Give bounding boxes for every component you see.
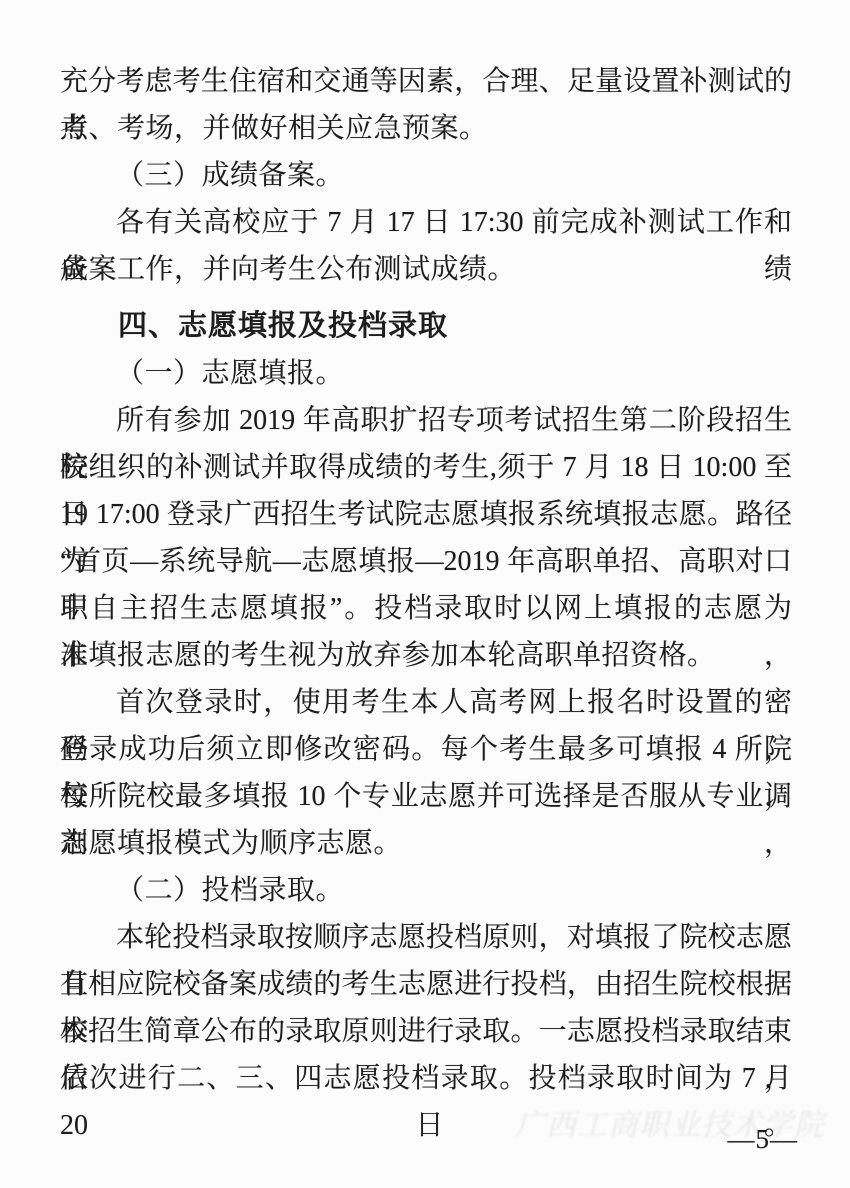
text-line: 日 17:00 登录广西招生考试院志愿填报系统填报志愿。路径为 (60, 491, 792, 538)
text-line: 职自主招生志愿填报”。投档录取时以网上填报的志愿为准， (60, 585, 792, 632)
text-line: “首页—系统导航—志愿填报—2019 年高职单招、高职对口中 (60, 538, 792, 585)
text-line: 所有参加 2019 年高职扩招专项考试招生第二阶段招生院 (60, 397, 792, 444)
page-number: —5— (728, 1124, 799, 1155)
text-line: 有相应院校备案成绩的考生志愿进行投档，由招生院校根据本 (60, 961, 792, 1008)
text-line: 充分考虑考生住宿和交通等因素，合理、足量设置补测试的考 (60, 58, 792, 105)
section-heading: 四、志愿填报及投档录取 (60, 303, 792, 350)
text-line: 依次进行二、三、四志愿投档录取。投档录取时间为 7 月 20 日。 (60, 1055, 792, 1102)
document-body: 充分考虑考生住宿和交通等因素，合理、足量设置补测试的考点、考场，并做好相关应急预… (60, 58, 792, 1102)
text-line: 每所院校最多填报 10 个专业志愿并可选择是否服从专业调剂， (60, 773, 792, 820)
document-page: 充分考虑考生住宿和交通等因素，合理、足量设置补测试的考点、考场，并做好相关应急预… (0, 0, 850, 1188)
text-line: 各有关高校应于 7 月 17 日 17:30 前完成补测试工作和成绩 (60, 199, 792, 246)
text-line: 未填报志愿的考生视为放弃参加本轮高职单招资格。 (60, 632, 792, 679)
text-line: 登录成功后须立即修改密码。每个考生最多可填报 4 所院校， (60, 726, 792, 773)
text-line: （一）志愿填报。 (60, 350, 792, 397)
text-line: 校招生简章公布的录取原则进行录取。一志愿投档录取结束后， (60, 1008, 792, 1055)
text-line: （三）成绩备案。 (60, 152, 792, 199)
text-line: 首次登录时，使用考生本人高考网上报名时设置的密码， (60, 679, 792, 726)
text-line: 校组织的补测试并取得成绩的考生,须于 7 月 18 日 10:00 至 19 (60, 444, 792, 491)
text-line: 本轮投档录取按顺序志愿投档原则，对填报了院校志愿且 (60, 914, 792, 961)
text-line: （二）投档录取。 (60, 867, 792, 914)
text-line: 点、考场，并做好相关应急预案。 (60, 105, 792, 152)
